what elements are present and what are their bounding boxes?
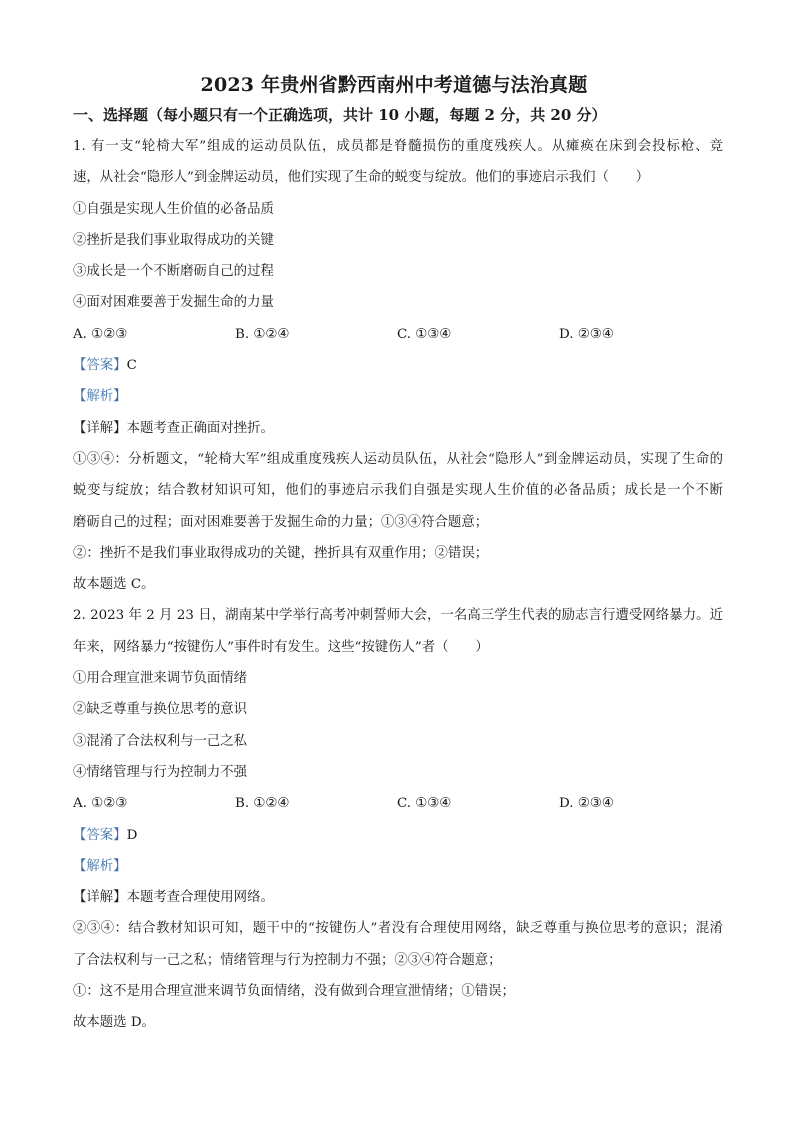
question-stem-line: 1. 有一支“轮椅大军”组成的运动员队伍，成员都是脊髓损伤的重度残疾人。从瘫痪在… bbox=[73, 131, 723, 162]
explanation-line: 蜕变与绽放；结合教材知识可知，他们的事迹启示我们自强是实现人生价值的必备品质；成… bbox=[73, 475, 723, 506]
explanation-line: 故本题选 C。 bbox=[73, 569, 723, 600]
choice-a: A. ①②③ bbox=[73, 788, 235, 819]
statement: ④面对困难要善于发掘生命的力量 bbox=[73, 287, 723, 318]
question-stem-line: 2. 2023 年 2 月 23 日，湖南某中学举行高考冲刺誓师大会，一名高三学… bbox=[73, 600, 723, 631]
detail-label: 【详解】 bbox=[73, 890, 127, 905]
question-stem-line: 速，从社会“隐形人”到金牌运动员，他们实现了生命的蜕变与绽放。他们的事迹启示我们… bbox=[73, 162, 723, 193]
detail-intro: 本题考查正确面对挫折。 bbox=[127, 421, 274, 436]
document-page: 2023 年贵州省黔西南州中考道德与法治真题 一、选择题（每小题只有一个正确选项… bbox=[73, 70, 723, 1039]
statement: ③混淆了合法权利与一己之私 bbox=[73, 726, 723, 757]
statement: ④情绪管理与行为控制力不强 bbox=[73, 757, 723, 788]
statement: ①自强是实现人生价值的必备品质 bbox=[73, 194, 723, 225]
analysis-label: 【解析】 bbox=[73, 859, 127, 874]
answer-label: 【答案】 bbox=[73, 828, 127, 843]
choice-row: A. ①②③ B. ①②④ C. ①③④ D. ②③④ bbox=[73, 319, 723, 350]
choice-d: D. ②③④ bbox=[559, 319, 721, 350]
detail-line: 【详解】本题考查合理使用网络。 bbox=[73, 882, 723, 913]
statement: ①用合理宣泄来调节负面情绪 bbox=[73, 663, 723, 694]
explanation-line: 磨砺自己的过程；面对困难要善于发掘生命的力量；①③④符合题意； bbox=[73, 507, 723, 538]
choice-b: B. ①②④ bbox=[235, 319, 397, 350]
question-stem-line: 年来，网络暴力“按键伤人”事件时有发生。这些“按键伤人”者（ ） bbox=[73, 632, 723, 663]
analysis-line: 【解析】 bbox=[73, 381, 723, 412]
statement: ②挫折是我们事业取得成功的关键 bbox=[73, 225, 723, 256]
question-2: 2. 2023 年 2 月 23 日，湖南某中学举行高考冲刺誓师大会，一名高三学… bbox=[73, 600, 723, 1038]
section-heading: 一、选择题（每小题只有一个正确选项，共计 10 小题，每题 2 分，共 20 分… bbox=[73, 100, 723, 131]
analysis-line: 【解析】 bbox=[73, 851, 723, 882]
explanation-line: ②③④：结合教材知识可知，题干中的“按键伤人”者没有合理使用网络，缺乏尊重与换位… bbox=[73, 913, 723, 944]
choice-b: B. ①②④ bbox=[235, 788, 397, 819]
statement: ②缺乏尊重与换位思考的意识 bbox=[73, 694, 723, 725]
answer-label: 【答案】 bbox=[73, 358, 127, 373]
answer-line: 【答案】C bbox=[73, 350, 723, 381]
choice-d: D. ②③④ bbox=[559, 788, 721, 819]
explanation-line: 故本题选 D。 bbox=[73, 1007, 723, 1038]
explanation-line: ②：挫折不是我们事业取得成功的关键，挫折具有双重作用；②错误； bbox=[73, 538, 723, 569]
answer-line: 【答案】D bbox=[73, 820, 723, 851]
answer-value: C bbox=[127, 358, 137, 373]
detail-line: 【详解】本题考查正确面对挫折。 bbox=[73, 413, 723, 444]
choice-a: A. ①②③ bbox=[73, 319, 235, 350]
explanation-line: 了合法权利与一己之私；情绪管理与行为控制力不强；②③④符合题意； bbox=[73, 945, 723, 976]
question-1: 1. 有一支“轮椅大军”组成的运动员队伍，成员都是脊髓损伤的重度残疾人。从瘫痪在… bbox=[73, 131, 723, 600]
detail-label: 【详解】 bbox=[73, 421, 127, 436]
answer-value: D bbox=[127, 828, 138, 843]
analysis-label: 【解析】 bbox=[73, 389, 127, 404]
explanation-line: ①：这不是用合理宣泄来调节负面情绪，没有做到合理宣泄情绪；①错误； bbox=[73, 976, 723, 1007]
choice-row: A. ①②③ B. ①②④ C. ①③④ D. ②③④ bbox=[73, 788, 723, 819]
explanation-line: ①③④：分析题文，“轮椅大军”组成重度残疾人运动员队伍，从社会“隐形人”到金牌运… bbox=[73, 444, 723, 475]
choice-c: C. ①③④ bbox=[397, 788, 559, 819]
statement: ③成长是一个不断磨砺自己的过程 bbox=[73, 256, 723, 287]
detail-intro: 本题考查合理使用网络。 bbox=[127, 890, 274, 905]
choice-c: C. ①③④ bbox=[397, 319, 559, 350]
page-title: 2023 年贵州省黔西南州中考道德与法治真题 bbox=[65, 70, 723, 100]
